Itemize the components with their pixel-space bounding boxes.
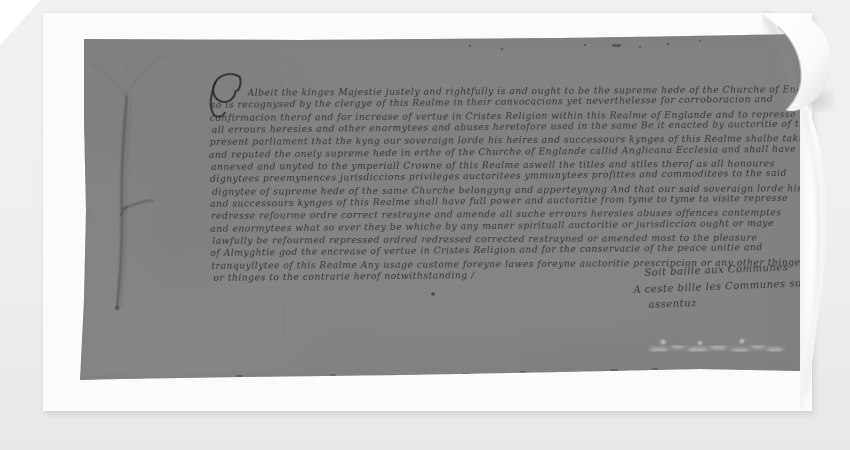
photograph-backdrop: Albeit the kinges Majestie justely and r…: [0, 0, 850, 450]
curled-corner-art: [0, 0, 850, 450]
lifted-right-edge: [800, 95, 827, 410]
